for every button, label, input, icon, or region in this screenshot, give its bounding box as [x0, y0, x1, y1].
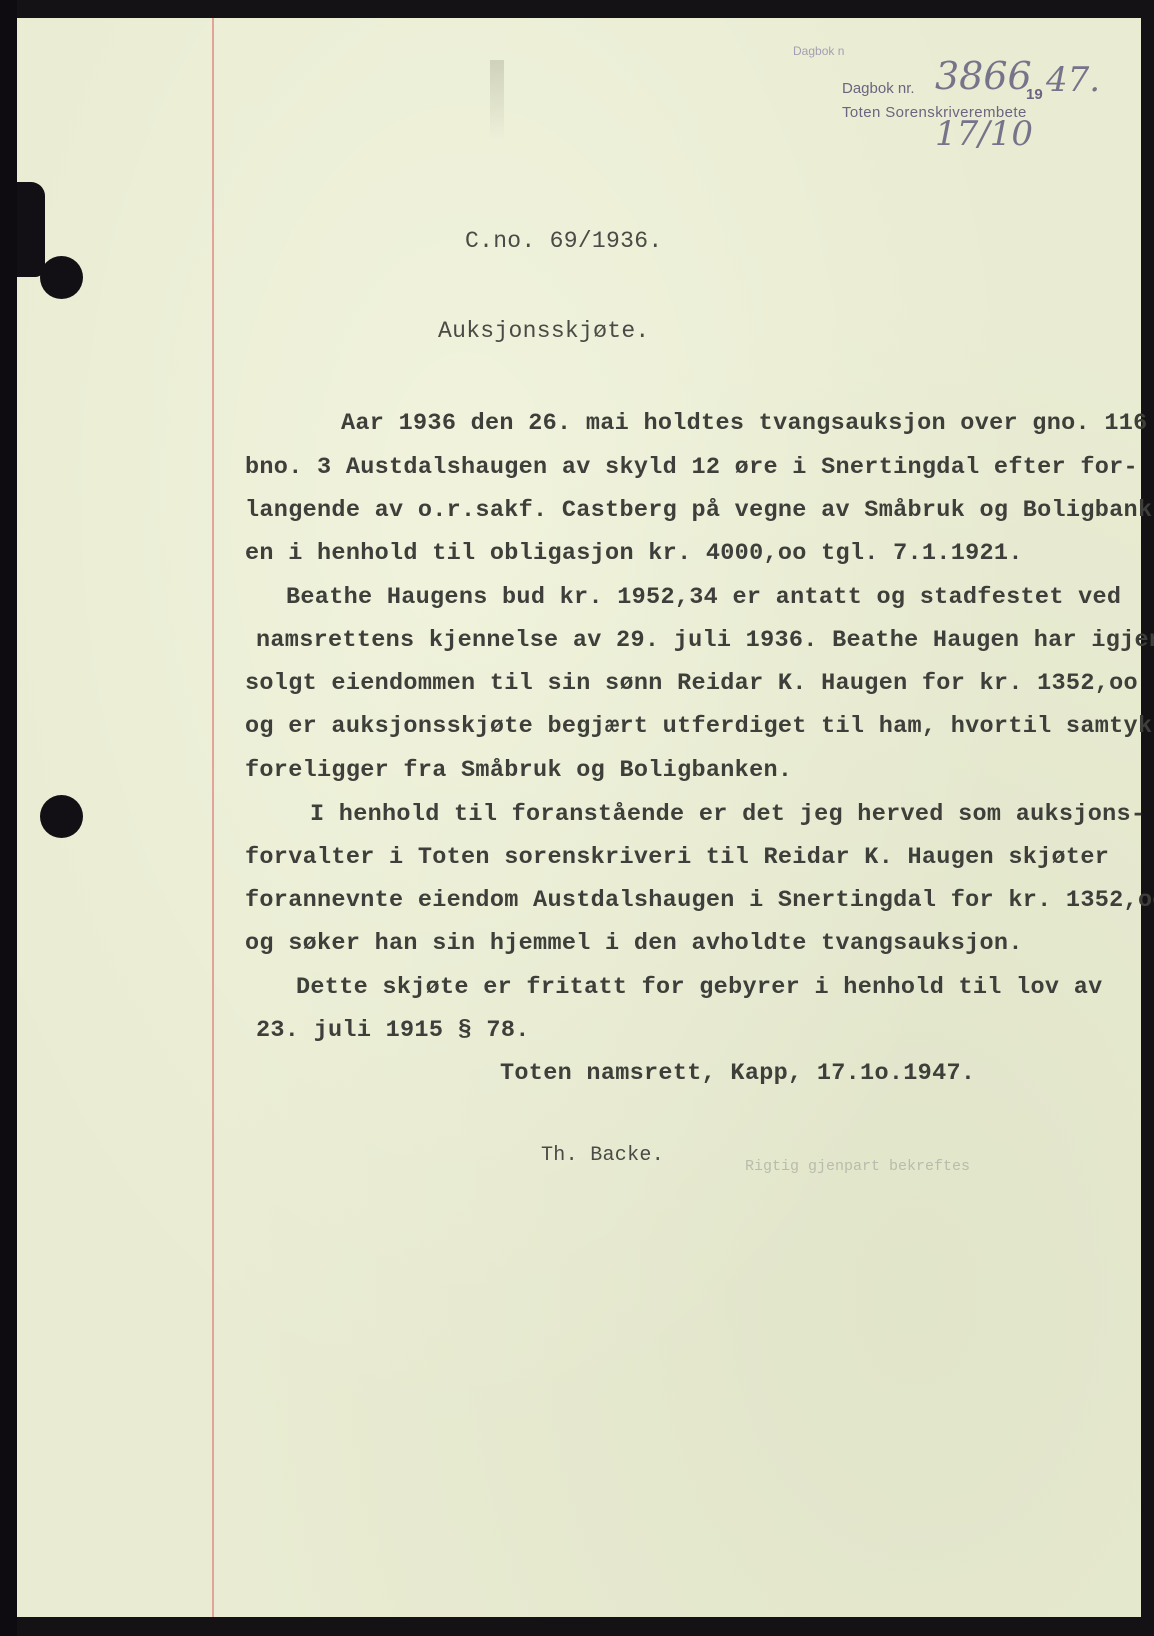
body-line: solgt eiendommen til sin sønn Reidar K. …	[245, 670, 1138, 697]
paper-crease	[490, 60, 504, 140]
stamp-faint-header: Dagbok n	[793, 44, 844, 58]
body-line: Dette skjøte er fritatt for gebyrer i he…	[296, 974, 1103, 1001]
body-line: bno. 3 Austdalshaugen av skyld 12 øre i …	[245, 454, 1138, 481]
body-line: namsrettens kjennelse av 29. juli 1936. …	[256, 627, 1154, 654]
body-line: Beathe Haugens bud kr. 1952,34 er antatt…	[286, 584, 1121, 611]
journal-number: 3866	[935, 54, 1032, 98]
place-and-date: Toten namsrett, Kapp, 17.1o.1947.	[500, 1060, 975, 1087]
binder-edge	[0, 0, 17, 1636]
body-line: forannevnte eiendom Austdalshaugen i Sne…	[245, 887, 1154, 914]
body-line: langende av o.r.sakf. Castberg på vegne …	[245, 497, 1154, 524]
signature: Th. Backe.	[541, 1144, 664, 1167]
stamp-label: Dagbok nr.	[842, 80, 915, 97]
certification-stamp: Rigtig gjenpart bekreftes	[745, 1158, 970, 1175]
body-line: og søker han sin hjemmel i den avholdte …	[245, 930, 1023, 957]
body-line: 23. juli 1915 § 78.	[256, 1017, 530, 1044]
body-line: foreligger fra Småbruk og Boligbanken.	[245, 757, 792, 784]
punch-hole-icon	[40, 795, 83, 838]
journal-year: 47.	[1046, 60, 1100, 100]
document-title: Auksjonsskjøte.	[438, 318, 650, 344]
body-line: I henhold til foranstående er det jeg he…	[310, 801, 1145, 828]
binder-damage	[17, 182, 45, 277]
body-line: Aar 1936 den 26. mai holdtes tvangsauksj…	[341, 410, 1148, 437]
punch-hole-icon	[40, 256, 83, 299]
body-line: og er auksjonsskjøte begjært utferdiget …	[245, 713, 1154, 740]
body-line: forvalter i Toten sorenskriveri til Reid…	[245, 844, 1109, 871]
body-line: en i henhold til obligasjon kr. 4000,oo …	[245, 540, 1023, 567]
stamp-year-prefix: 19	[1026, 86, 1043, 103]
case-number: C.no. 69/1936.	[465, 228, 662, 254]
journal-date: 17/10	[935, 114, 1033, 154]
margin-rule	[212, 18, 214, 1617]
